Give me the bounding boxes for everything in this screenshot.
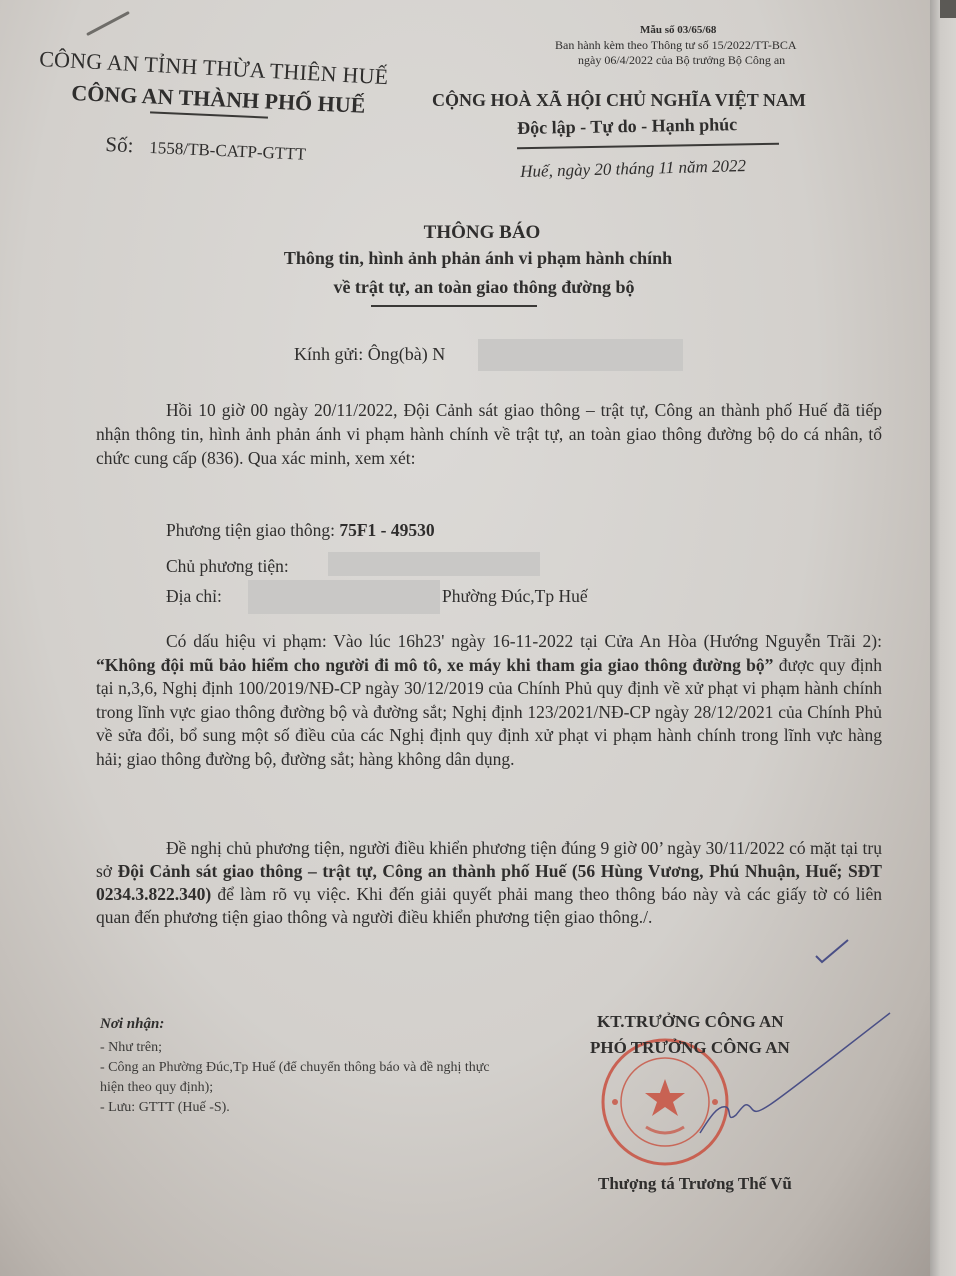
background-corner	[940, 0, 956, 18]
form-number: Mẫu số 03/65/68	[640, 24, 716, 36]
national-motto: Độc lập - Tự do - Hạnh phúc	[517, 114, 737, 139]
address-field: Địa chỉ:	[166, 586, 222, 607]
document-number-value: 1558/TB-CATP-GTTT	[149, 138, 306, 164]
request-instructions: để làm rõ vụ việc. Khi đến giải quyết ph…	[96, 884, 882, 927]
document-title: THÔNG BÁO	[0, 222, 956, 244]
violation-description: “Không đội mũ bảo hiểm cho người đi mô t…	[96, 655, 773, 675]
national-title: CỘNG HOÀ XÃ HỘI CHỦ NGHĨA VIỆT NAM	[432, 90, 806, 111]
paragraph-request: Đề nghị chủ phương tiện, người điều khiể…	[96, 837, 882, 929]
vehicle-plate: 75F1 - 49530	[339, 520, 434, 540]
paragraph-receipt: Hồi 10 giờ 00 ngày 20/11/2022, Đội Cảnh …	[96, 398, 882, 470]
greeting: Kính gửi: Ông(bà) N	[294, 344, 445, 365]
recipients-title: Nơi nhận:	[100, 1016, 164, 1033]
document-subtitle-line1: Thông tin, hình ảnh phản ánh vi phạm hàn…	[0, 248, 956, 269]
document-subtitle-line2: về trật tự, an toàn giao thông đường bộ	[0, 277, 956, 298]
address-visible: Phường Đúc,Tp Huế	[442, 586, 588, 607]
paragraph-receipt-text: Hồi 10 giờ 00 ngày 20/11/2022, Đội Cảnh …	[96, 400, 882, 468]
redacted-recipient	[478, 339, 683, 371]
violation-intro: Có dấu hiệu vi phạm: Vào lúc 16h23' ngày…	[166, 631, 882, 651]
page-edge	[930, 0, 956, 1276]
owner-label: Chủ phương tiện:	[166, 556, 289, 576]
address-label: Địa chỉ:	[166, 586, 222, 606]
document-number-label: Số:	[105, 132, 134, 157]
handwritten-signature	[690, 1005, 900, 1145]
vehicle-label: Phương tiện giao thông:	[166, 520, 335, 540]
recipient-item: - Như trên;	[100, 1038, 510, 1058]
recipient-item: - Lưu: GTTT (Huế -S).	[100, 1098, 510, 1118]
form-issued-line2: ngày 06/4/2022 của Bộ trưởng Bộ Công an	[578, 53, 785, 68]
redacted-owner	[328, 552, 540, 576]
form-issued-line1: Ban hành kèm theo Thông tư số 15/2022/TT…	[555, 38, 797, 53]
paragraph-violation: Có dấu hiệu vi phạm: Vào lúc 16h23' ngày…	[96, 630, 882, 771]
redacted-address	[248, 580, 440, 614]
vehicle-field: Phương tiện giao thông: 75F1 - 49530	[166, 520, 435, 541]
signer-name: Thượng tá Trương Thế Vũ	[598, 1174, 792, 1194]
recipient-item: - Công an Phường Đúc,Tp Huế (để chuyển t…	[100, 1058, 510, 1098]
owner-field: Chủ phương tiện:	[166, 556, 289, 577]
subtitle-underline	[371, 305, 537, 307]
checkmark-icon	[812, 938, 852, 968]
recipients-list: - Như trên; - Công an Phường Đúc,Tp Huế …	[100, 1038, 510, 1118]
star-icon	[645, 1079, 685, 1116]
